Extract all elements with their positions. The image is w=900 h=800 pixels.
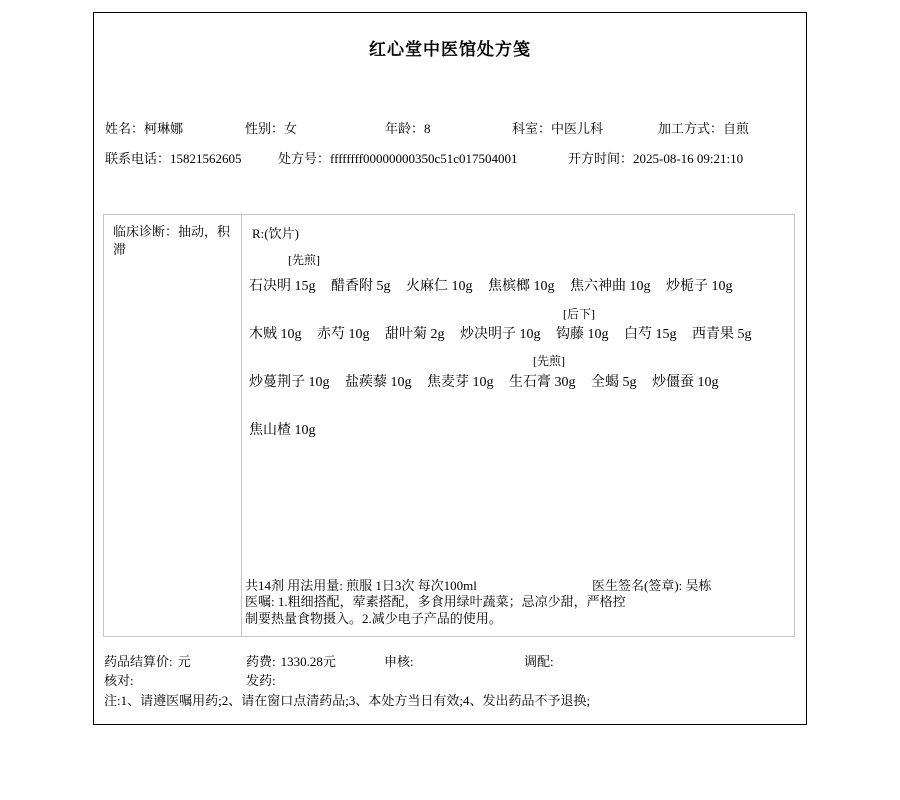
herb-item: 炒蔓荆子 10g <box>249 371 330 391</box>
tag-xianjian-2: [先煎] <box>533 352 565 369</box>
gender-label: 性别： <box>245 121 284 136</box>
herb-item: 全蝎 5g <box>591 371 637 391</box>
diagnosis-label: 临床诊断： <box>113 224 178 239</box>
check-field: 核对: <box>104 670 134 689</box>
doctor-signature-label: 医生签名(签章): <box>592 578 682 593</box>
issue-field: 发药: <box>246 670 276 689</box>
fee-value: 1330.28元 <box>281 654 336 669</box>
phone-value: 15821562605 <box>170 151 242 166</box>
issue-time-value: 2025-08-16 09:21:10 <box>633 151 743 166</box>
herb-line-3: 炒蔓荆子 10g 盐蒺藜 10g 焦麦芽 10g 生石膏 30g 全蝎 5g 炒… <box>249 371 719 391</box>
settle-price-field: 药品结算价:元 <box>104 651 191 670</box>
issue-time-field: 开方时间：2025-08-16 09:21:10 <box>568 151 743 166</box>
page-title: 红心堂中医馆处方笺 <box>93 35 807 60</box>
settle-price-label: 药品结算价: <box>104 654 173 669</box>
rx-header: R:(饮片) <box>252 223 299 242</box>
herb-line-4: 焦山楂 10g <box>249 419 316 439</box>
rx-number-value: ffffffff00000000350c51c017504001 <box>330 151 518 166</box>
patient-name-label: 姓名： <box>105 121 144 136</box>
settle-price-value: 元 <box>178 654 191 669</box>
footer-note: 注:1、请遵医嘱用药;2、请在窗口点清药品;3、本处方当日有效;4、发出药品不予… <box>104 690 590 709</box>
gender-value: 女 <box>284 121 297 136</box>
herb-item: 焦槟榔 10g <box>488 275 555 295</box>
usage-line: 共14剂 用法用量: 煎服 1日3次 每次100ml <box>245 575 477 594</box>
herb-item: 火麻仁 10g <box>406 275 473 295</box>
herb-item: 盐蒺藜 10g <box>345 371 412 391</box>
herb-item: 醋香附 5g <box>331 275 391 295</box>
herb-item: 甜叶菊 2g <box>385 323 445 343</box>
department-label: 科室： <box>512 121 551 136</box>
herb-item: 生石膏 30g <box>509 371 576 391</box>
herb-line-2: 木贼 10g 赤芍 10g 甜叶菊 2g 炒决明子 10g 钩藤 10g 白芍 … <box>249 323 752 343</box>
audit-field: 申核: <box>384 651 414 670</box>
herb-item: 炒栀子 10g <box>666 275 733 295</box>
issue-time-label: 开方时间： <box>568 151 633 166</box>
doctor-name: 吴栋 <box>686 578 712 593</box>
herb-item: 焦六神曲 10g <box>570 275 651 295</box>
department-field: 科室：中医儿科 <box>512 121 603 136</box>
herb-item: 焦麦芽 10g <box>427 371 494 391</box>
rx-number-label: 处方号： <box>278 151 330 166</box>
age-value: 8 <box>424 121 431 136</box>
tag-houxia: [后下] <box>563 305 595 322</box>
process-method-value: 自煎 <box>723 121 749 136</box>
doctor-signature: 医生签名(签章): 吴栋 <box>592 575 712 594</box>
herb-item: 西青果 5g <box>692 323 752 343</box>
dispense-field: 调配: <box>524 651 554 670</box>
prescription-table: 临床诊断：抽动，积滞 R:(饮片) [先煎] 石决明 15g 醋香附 5g 火麻… <box>103 214 795 637</box>
herb-line-1: 石决明 15g 醋香附 5g 火麻仁 10g 焦槟榔 10g 焦六神曲 10g … <box>249 275 733 295</box>
gender-field: 性别：女 <box>245 121 297 136</box>
doctor-instructions: 医嘱: 1.粗细搭配，荤素搭配，多食用绿叶蔬菜；忌凉少甜，严格控制要热量食物摄入… <box>245 593 629 627</box>
process-method-label: 加工方式： <box>658 121 723 136</box>
herb-item: 炒决明子 10g <box>460 323 541 343</box>
herb-item: 钩藤 10g <box>556 323 609 343</box>
age-field: 年龄：8 <box>385 121 431 136</box>
fee-label: 药费: <box>246 654 276 669</box>
process-method-field: 加工方式：自煎 <box>658 121 749 136</box>
herb-item: 白芍 15g <box>624 323 677 343</box>
prescription-page: 红心堂中医馆处方笺 姓名：柯琳娜 性别：女 年龄：8 科室：中医儿科 加工方式：… <box>0 0 900 800</box>
phone-label: 联系电话： <box>105 151 170 166</box>
age-label: 年龄： <box>385 121 424 136</box>
department-value: 中医儿科 <box>551 121 603 136</box>
diagnosis-cell: 临床诊断：抽动，积滞 <box>104 215 242 636</box>
phone-field: 联系电话：15821562605 <box>105 151 242 166</box>
rx-number-field: 处方号：ffffffff00000000350c51c017504001 <box>278 151 518 166</box>
herb-item: 石决明 15g <box>249 275 316 295</box>
herb-item: 焦山楂 10g <box>249 419 316 439</box>
tag-xianjian-1: [先煎] <box>288 251 320 268</box>
patient-name-field: 姓名：柯琳娜 <box>105 121 183 136</box>
herb-item: 炒僵蚕 10g <box>652 371 719 391</box>
patient-name-value: 柯琳娜 <box>144 121 183 136</box>
fee-field: 药费:1330.28元 <box>246 651 336 670</box>
herb-item: 木贼 10g <box>249 323 302 343</box>
herb-item: 赤芍 10g <box>317 323 370 343</box>
